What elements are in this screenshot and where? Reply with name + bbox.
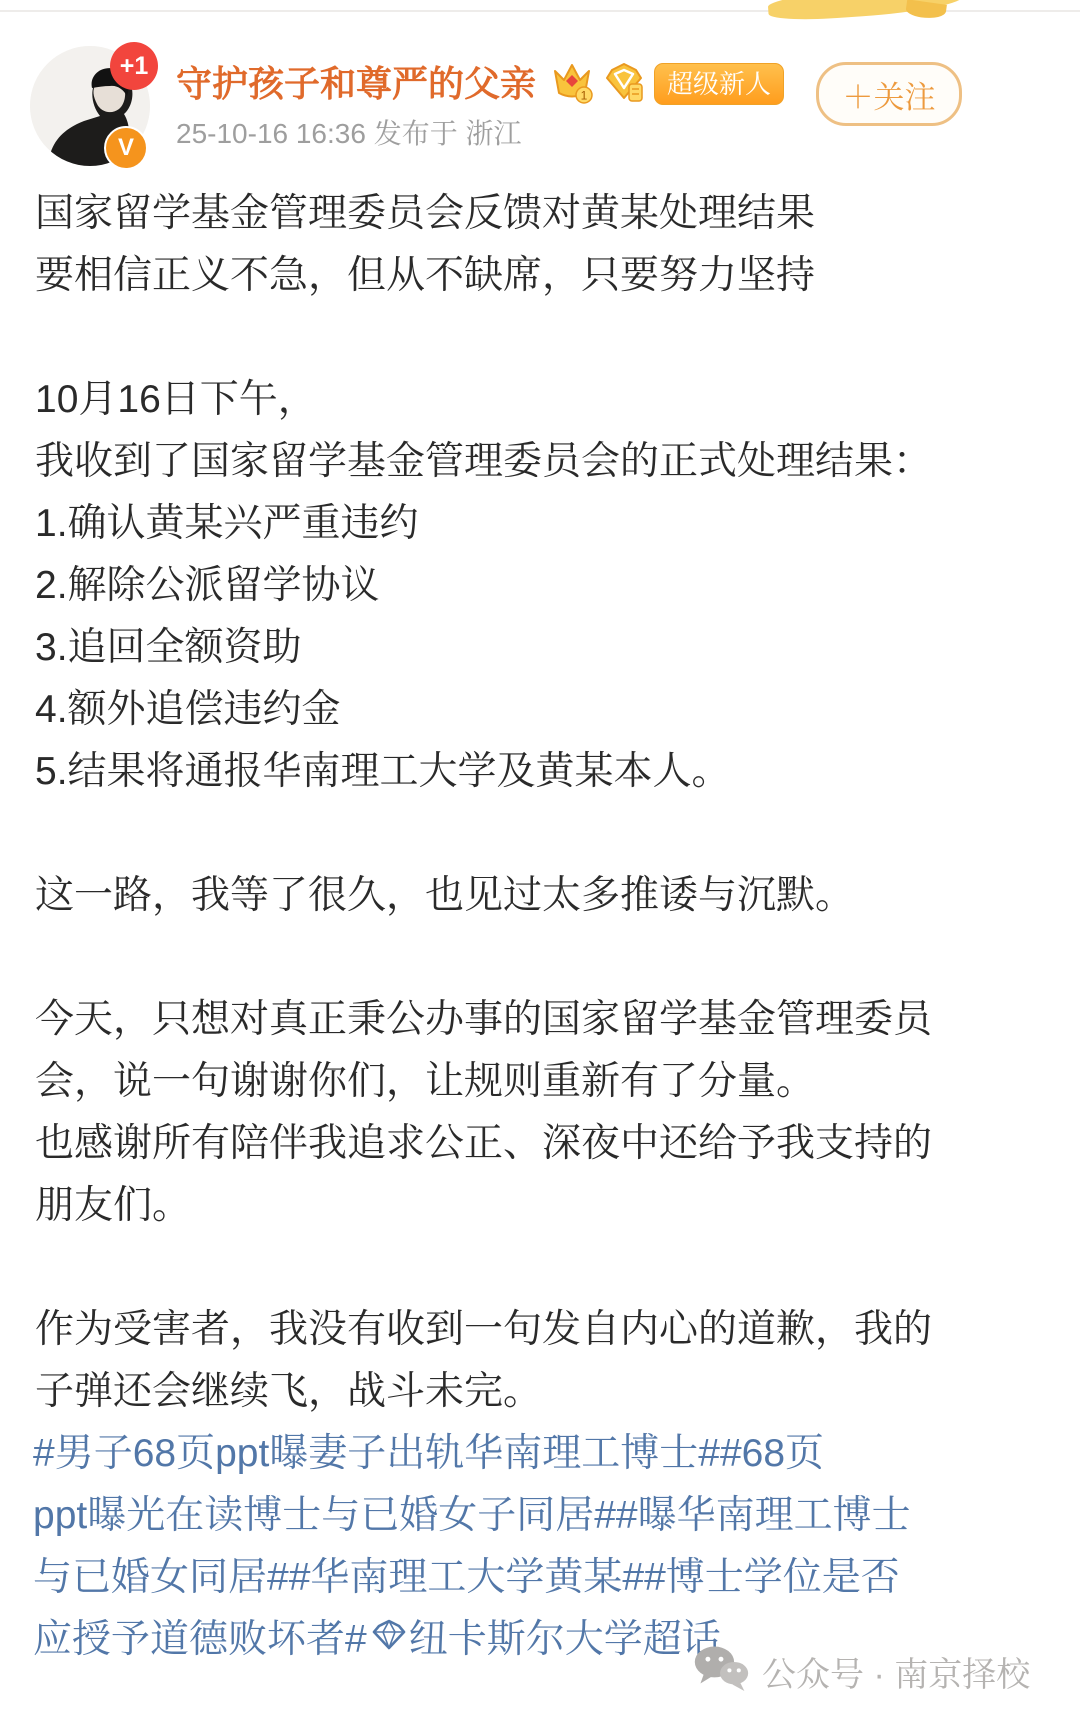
post-line: 2.解除公派留学协议 (35, 555, 1055, 617)
post-line: 也感谢所有陪伴我追求公正、深夜中还给予我支持的 (35, 1113, 1055, 1175)
wechat-icon (692, 1644, 750, 1698)
weibo-post-screenshot: +1 V 守护孩子和尊严的父亲 1 超级新人 25-10-16 16:36 发布… (0, 0, 1080, 1712)
post-line (35, 803, 1055, 865)
crown-badge-icon[interactable]: 1 (550, 58, 594, 109)
post-line: 3.追回全额资助 (35, 617, 1055, 679)
cropped-sticker-tail (905, 0, 947, 21)
post-line: 今天，只想对真正秉公办事的国家留学基金管理委员 (35, 989, 1055, 1051)
supertopic-icon (371, 1609, 407, 1671)
super-newbie-badge[interactable]: 超级新人 (654, 63, 784, 105)
post-line (35, 927, 1055, 989)
post-timestamp: 25-10-16 16:36 发布于 浙江 (176, 112, 522, 152)
hashtag-text[interactable]: 应授予道德败坏者# (33, 1609, 367, 1671)
avatar-plus-badge: +1 (110, 42, 158, 90)
watermark-text: 公众号 · 南京择校 (762, 1647, 1030, 1696)
avatar[interactable]: +1 V (30, 46, 150, 166)
verified-badge-icon: V (104, 126, 148, 170)
post-line: 4.额外追偿违约金 (35, 679, 1055, 741)
post-line: 会，说一句谢谢你们，让规则重新有了分量。 (35, 1051, 1055, 1113)
watermark: 公众号 · 南京择校 (692, 1644, 1030, 1698)
post-line: 10月16日下午， (35, 369, 1055, 431)
svg-text:1: 1 (581, 89, 588, 103)
post-line: 朋友们。 (35, 1175, 1055, 1237)
post-line: 这一路，我等了很久，也见过太多推诿与沉默。 (35, 865, 1055, 927)
follow-button[interactable]: ＋关注 (816, 62, 962, 126)
username[interactable]: 守护孩子和尊严的父亲 (176, 56, 536, 107)
hashtag-line[interactable]: ppt曝光在读博士与已婚女子同居##曝华南理工博士 (33, 1485, 1063, 1547)
post-line: 子弹还会继续飞，战斗未完。 (35, 1361, 1055, 1423)
post-line: 作为受害者，我没有收到一句发自内心的道歉，我的 (35, 1299, 1055, 1361)
diamond-badge-icon[interactable] (602, 59, 646, 108)
post-line: 5.结果将通报华南理工大学及黄某本人。 (35, 741, 1055, 803)
post-line: 要相信正义不急，但从不缺席，只要努力坚持 (35, 245, 1055, 307)
post-line (35, 307, 1055, 369)
post-line: 1.确认黄某兴严重违约 (35, 493, 1055, 555)
post-text: 国家留学基金管理委员会反馈对黄某处理结果要相信正义不急，但从不缺席，只要努力坚持… (35, 183, 1055, 1423)
hashtag-line[interactable]: 与已婚女同居##华南理工大学黄某##博士学位是否 (33, 1547, 1063, 1609)
post-line (35, 1237, 1055, 1299)
hashtag-lines-container: #男子68页ppt曝妻子出轨华南理工博士##68页ppt曝光在读博士与已婚女子同… (33, 1423, 1063, 1609)
post-line: 国家留学基金管理委员会反馈对黄某处理结果 (35, 183, 1055, 245)
post-line: 我收到了国家留学基金管理委员会的正式处理结果： (35, 431, 1055, 493)
hashtag-block: #男子68页ppt曝妻子出轨华南理工博士##68页ppt曝光在读博士与已婚女子同… (33, 1423, 1063, 1671)
hashtag-line[interactable]: #男子68页ppt曝妻子出轨华南理工博士##68页 (33, 1423, 1063, 1485)
supertopic-link[interactable]: 纽卡斯尔大学超话 (409, 1609, 721, 1671)
